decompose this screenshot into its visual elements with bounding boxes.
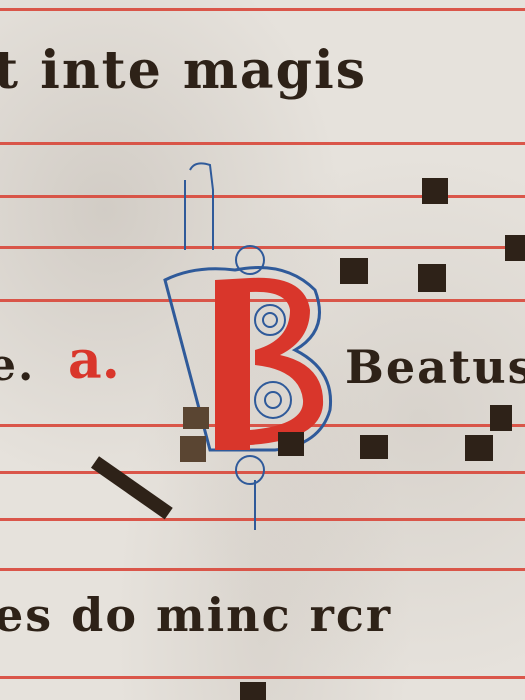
neume — [278, 432, 304, 456]
neume — [422, 178, 448, 204]
neume — [240, 682, 266, 700]
rubric-prefix: e. — [0, 340, 35, 391]
lyric-line-2: Beatus — [345, 340, 525, 394]
staff-line — [0, 142, 525, 145]
staff-line — [0, 8, 525, 11]
lyric-line-3: es do minc rcr — [0, 588, 392, 642]
neume — [505, 235, 525, 261]
neume — [360, 435, 388, 459]
neume — [340, 258, 368, 284]
neume — [490, 405, 512, 431]
rubric-letter: a. — [68, 330, 120, 391]
neume — [418, 264, 446, 292]
illuminated-initial-b-icon — [155, 160, 340, 540]
lyric-line-1: t inte magis — [0, 40, 367, 101]
neume — [183, 407, 209, 429]
neume — [180, 436, 206, 462]
staff-line — [0, 568, 525, 571]
neume — [465, 435, 493, 461]
staff-line — [0, 676, 525, 679]
